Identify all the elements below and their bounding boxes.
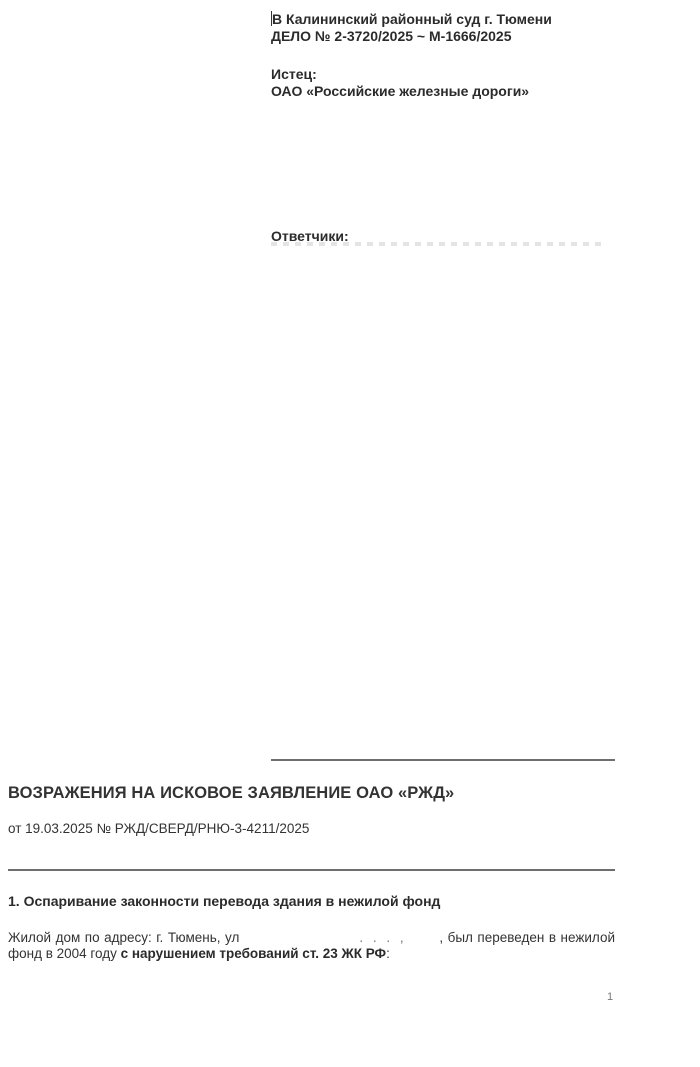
- title-divider: [8, 869, 615, 871]
- section-1-paragraph: Жилой дом по адресу: г. Тюмень, ул. . . …: [8, 930, 615, 962]
- redacted-defendants-line: [271, 242, 606, 246]
- para-text-end: :: [386, 946, 390, 961]
- court-name: В Калининский районный суд г. Тюмени: [272, 11, 552, 27]
- document-title: ВОЗРАЖЕНИЯ НА ИСКОВОЕ ЗАЯВЛЕНИЕ ОАО «РЖД…: [8, 784, 454, 803]
- para-text-start: Жилой дом по адресу: г. Тюмень, ул: [8, 930, 239, 945]
- plaintiff-name: ОАО «Российские железные дороги»: [271, 83, 529, 100]
- case-number: ДЕЛО № 2-3720/2025 ~ М-1666/2025: [271, 28, 512, 45]
- para-text-bold: с нарушением требований ст. 23 ЖК РФ: [121, 946, 386, 961]
- page-number: 1: [607, 991, 613, 1003]
- document-subtitle: от 19.03.2025 № РЖД/СВЕРД/РНЮ-3-4211/202…: [8, 821, 309, 836]
- plaintiff-label: Истец:: [271, 66, 317, 83]
- header-divider: [271, 759, 615, 761]
- court-line: В Калининский районный суд г. Тюмени: [271, 11, 552, 28]
- redacted-address: . . . ,: [359, 930, 439, 946]
- section-1-heading: 1. Оспаривание законности перевода здани…: [8, 893, 440, 909]
